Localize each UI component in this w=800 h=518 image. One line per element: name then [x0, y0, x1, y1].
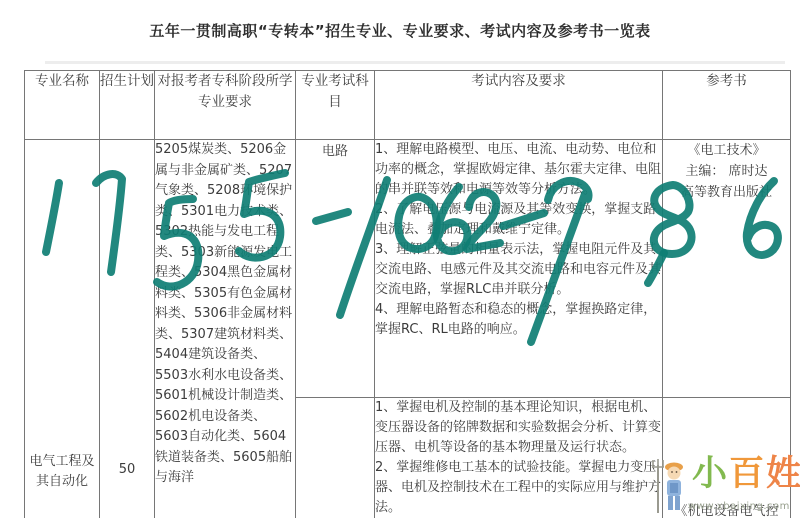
- header-major-name: 专业名称: [25, 71, 100, 140]
- page-title: 五年一贯制高职“专转本”招生专业、专业要求、考试内容及参考书一览表: [0, 20, 800, 41]
- watermark-brand-text: 小百姓: [692, 457, 800, 492]
- cell-subject-circuit: 电路: [296, 140, 375, 398]
- header-row: 专业名称 招生计划 对报考者专科阶段所学专业要求 专业考试科目 考试内容及要求 …: [25, 71, 791, 140]
- cell-subject-motor: [296, 398, 375, 518]
- watermark-char-3: 姓: [766, 454, 800, 494]
- header-exam-content: 考试内容及要求: [375, 71, 663, 140]
- watermark-char-1: 小: [692, 454, 729, 494]
- header-major-requirements: 对报考者专科阶段所学专业要求: [155, 71, 296, 140]
- header-reference-book: 参考书: [663, 71, 791, 140]
- farmer-mascot-icon: [648, 457, 692, 517]
- cell-reference-circuit: 《电工技术》 主编： 席时达 高等教育出版社: [663, 140, 791, 398]
- cell-enrollment-plan: 50: [100, 140, 155, 518]
- cell-content-circuit: 1、理解电路模型、电压、电流、电动势、电位和功率的概念，掌握欧姆定律、基尔霍夫定…: [375, 140, 663, 398]
- cell-content-motor: 1、掌握电机及控制的基本理论知识，根据电机、变压器设备的铭牌数据和实验数据会分析…: [375, 398, 663, 518]
- major-name-text: 电气工程及其自动化: [25, 140, 99, 491]
- cell-major-name: 电气工程及其自动化: [25, 140, 100, 518]
- admission-table: 专业名称 招生计划 对报考者专科阶段所学专业要求 专业考试科目 考试内容及要求 …: [24, 70, 791, 518]
- table-row-circuit: 电气工程及其自动化 50 5205煤炭类、5206金属与非金属矿类、5207气象…: [25, 140, 791, 398]
- cell-major-requirements: 5205煤炭类、5206金属与非金属矿类、5207气象类、5208环境保护类、5…: [155, 140, 296, 518]
- document-page: { "page": { "title": "五年一贯制高职“专转本”招生专业、专…: [0, 0, 800, 518]
- watermark-url: www.xbaixing.com: [688, 501, 790, 512]
- watermark-char-2: 百: [729, 454, 766, 494]
- site-watermark: 小百姓 www.xbaixing.com: [648, 455, 798, 518]
- header-enrollment-plan: 招生计划: [100, 71, 155, 140]
- enrollment-plan-value: 50: [100, 140, 154, 477]
- scan-artifact: [45, 61, 785, 64]
- header-exam-subject: 专业考试科目: [296, 71, 375, 140]
